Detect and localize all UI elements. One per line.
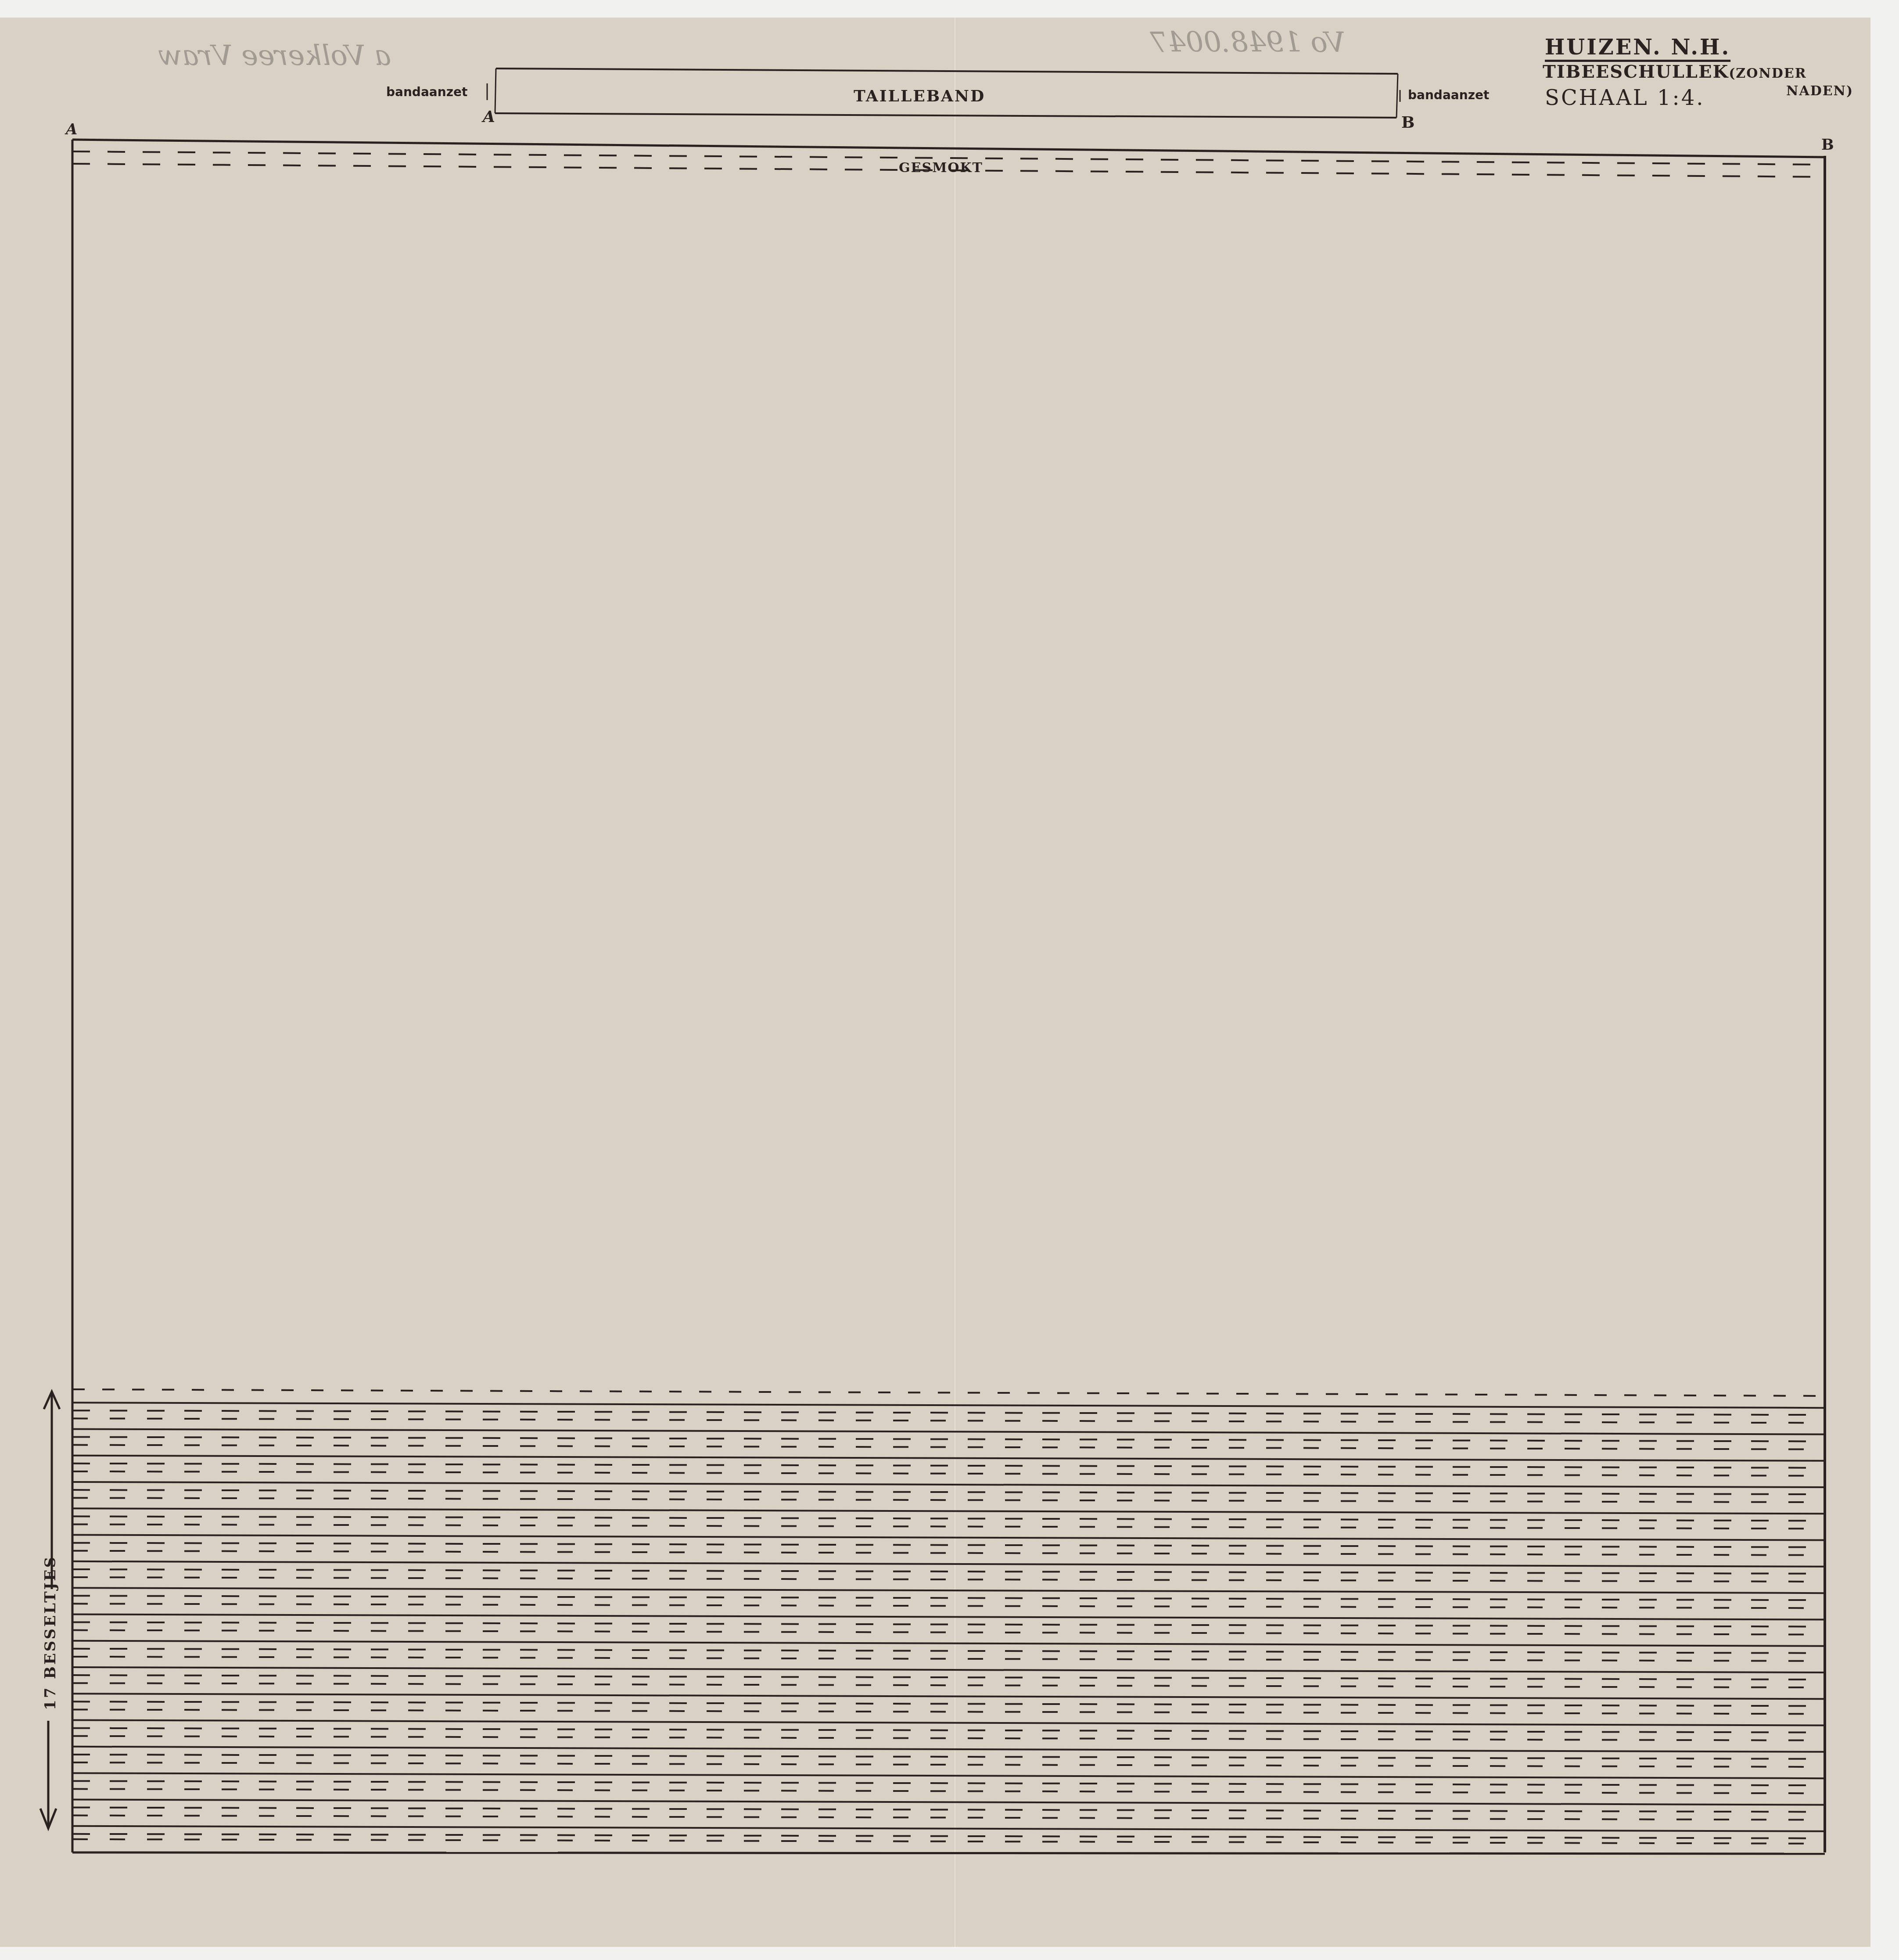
tuck-fold-line (72, 1720, 1825, 1726)
tuck-dash-row (72, 1622, 1825, 1627)
tuck-dash-row (72, 1604, 1825, 1608)
tuck-dash-row (72, 1464, 1825, 1468)
tucks-arrowheads-icon (40, 1392, 60, 1828)
tuck-dash-row (72, 1569, 1825, 1574)
tuck-fold-line (72, 1561, 1825, 1567)
tuck-fold-line (72, 1747, 1825, 1752)
tuck-dash-row (72, 1577, 1825, 1582)
waistband-bottom (495, 113, 1396, 118)
tuck-dash-row (72, 1709, 1825, 1714)
tuck-dash-row (72, 1789, 1825, 1793)
tuck-fold-line (72, 1429, 1825, 1434)
tuck-dash-row (72, 1701, 1825, 1706)
tuck-dash-row (72, 1410, 1825, 1415)
tuck-fold-line (72, 1535, 1825, 1540)
waistband-left (495, 68, 496, 113)
tuck-dash-row (72, 1471, 1825, 1476)
tuck-fold-line (72, 1508, 1825, 1514)
tuck-dash-row (72, 1418, 1825, 1423)
tuck-fold-line (72, 1773, 1825, 1778)
tuck-fold-line (72, 1641, 1825, 1646)
panel-bottom-edge (72, 1852, 1825, 1854)
tuck-fold-line (72, 1588, 1825, 1593)
tuck-fold-line (72, 1694, 1825, 1699)
tuck-fold-line (72, 1826, 1825, 1831)
tuck-dash-row (72, 1437, 1825, 1442)
tuck-dash-row (72, 1728, 1825, 1733)
panel-top-edge (72, 140, 1825, 157)
tuck-dash-row (72, 1551, 1825, 1555)
tuck-dash-row (72, 1498, 1825, 1502)
tuck-dash-row (72, 1675, 1825, 1679)
tuck-fold-line (72, 1456, 1825, 1461)
tuck-fold-line (72, 1482, 1825, 1487)
tuck-dash-row (72, 1630, 1825, 1635)
tuck-dash-row (72, 1445, 1825, 1449)
tuck-dash-row (72, 1755, 1825, 1759)
tuck-dash-row (72, 1762, 1825, 1767)
tuck-dash-row (72, 1389, 1825, 1396)
tuck-dash-row (72, 1543, 1825, 1547)
waistband-top (496, 68, 1398, 74)
tuck-fold-line (72, 1799, 1825, 1805)
tuck-dash-row (72, 1596, 1825, 1600)
tuck-dash-row (72, 1834, 1825, 1838)
smocked-dash-row (72, 164, 1825, 177)
tuck-dash-row (72, 1808, 1825, 1812)
tuck-dash-row (72, 1649, 1825, 1653)
waistband-right (1396, 74, 1398, 118)
tuck-fold-line (72, 1667, 1825, 1672)
tuck-dash-row (72, 1839, 1825, 1844)
tuck-dash-row (72, 1781, 1825, 1785)
tuck-dash-row (72, 1816, 1825, 1820)
tuck-dash-row (72, 1657, 1825, 1661)
pattern-drawing (0, 0, 1899, 1960)
tuck-dash-row (72, 1683, 1825, 1687)
tuck-fold-line (72, 1614, 1825, 1619)
tuck-fold-line (72, 1403, 1825, 1408)
tuck-dash-row (72, 1736, 1825, 1741)
tuck-dash-row (72, 1524, 1825, 1528)
tuck-dash-row (72, 1490, 1825, 1494)
tuck-dash-row (72, 1516, 1825, 1521)
